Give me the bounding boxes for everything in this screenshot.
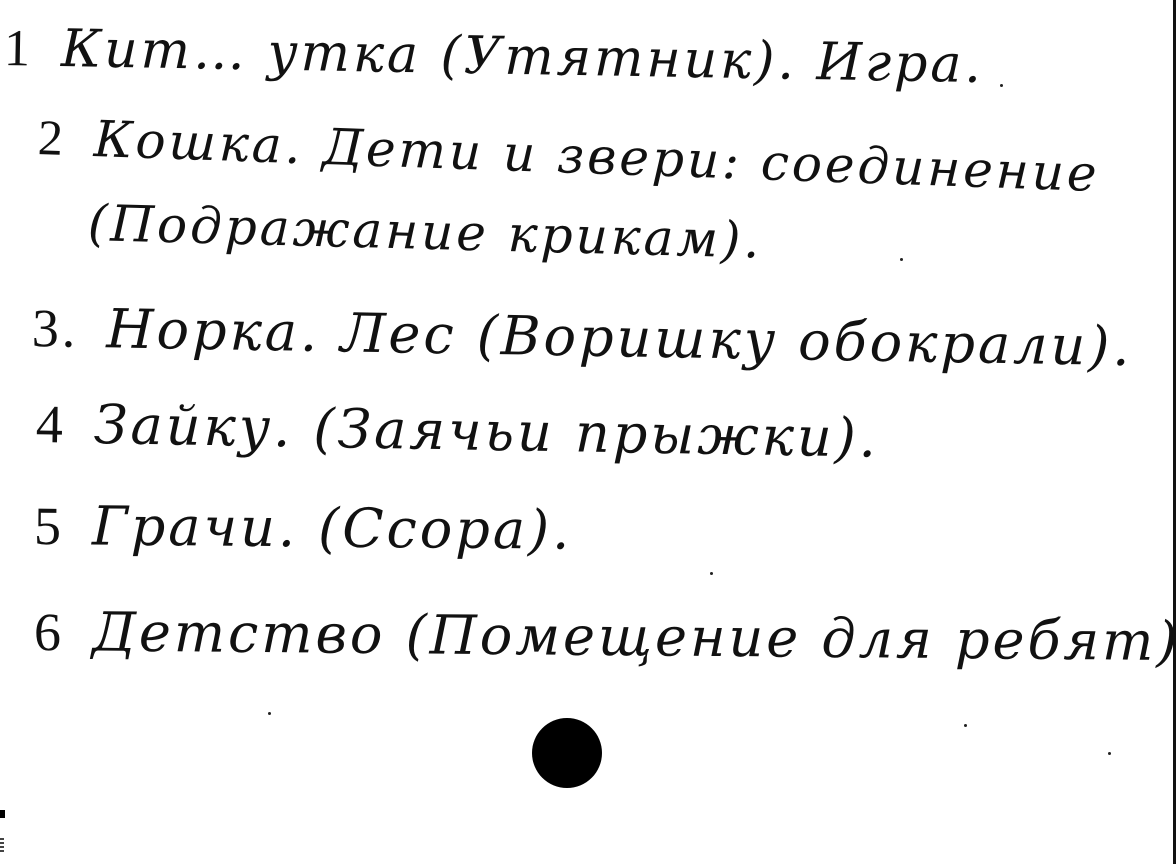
item-number: 6 — [34, 602, 65, 662]
item-number: 1 — [3, 20, 33, 77]
item-text: Грачи. (Ссора). — [92, 495, 573, 562]
list-item-6: 6Детство (Помещение для ребят). — [34, 600, 1176, 673]
ink-speck — [1000, 84, 1003, 87]
item-text: (Подражание крикам). — [87, 194, 763, 270]
ink-speck — [1108, 752, 1111, 755]
ink-speck — [710, 572, 713, 575]
item-text: Кошка. Дети и звери: соединение — [93, 110, 1101, 203]
item-text: Детство (Помещение для ребят). — [92, 601, 1176, 674]
ink-speck — [964, 724, 967, 727]
list-item-2: 2Кошка. Дети и звери: соединение — [37, 108, 1101, 203]
list-item-5: 5Грачи. (Ссора). — [34, 494, 573, 562]
item-text: Зайку. (Заячьи прыжки). — [93, 393, 879, 470]
index-card: 1Кит… утка (Утятник). Игра. 2Кошка. Дети… — [0, 0, 1176, 864]
list-item-2-continuation: (Подражание крикам). — [87, 194, 763, 270]
list-item-3: 3.Норка. Лес (Воришку обокрали). — [31, 296, 1133, 378]
item-number: 4 — [35, 394, 66, 455]
item-number: 3. — [31, 298, 79, 359]
item-text: Норка. Лес (Воришку обокрали). — [106, 297, 1133, 378]
punch-hole — [532, 718, 602, 788]
ink-speck — [268, 712, 271, 715]
item-number: 2 — [37, 109, 67, 166]
list-item-4: 4Зайку. (Заячьи прыжки). — [35, 392, 879, 470]
item-text: Кит… утка (Утятник). Игра. — [60, 19, 984, 95]
edge-mark — [0, 810, 5, 818]
item-number: 5 — [34, 496, 65, 556]
ink-speck — [900, 258, 903, 261]
edge-mark — [0, 838, 4, 852]
list-item-1: 1Кит… утка (Утятник). Игра. — [3, 18, 984, 95]
